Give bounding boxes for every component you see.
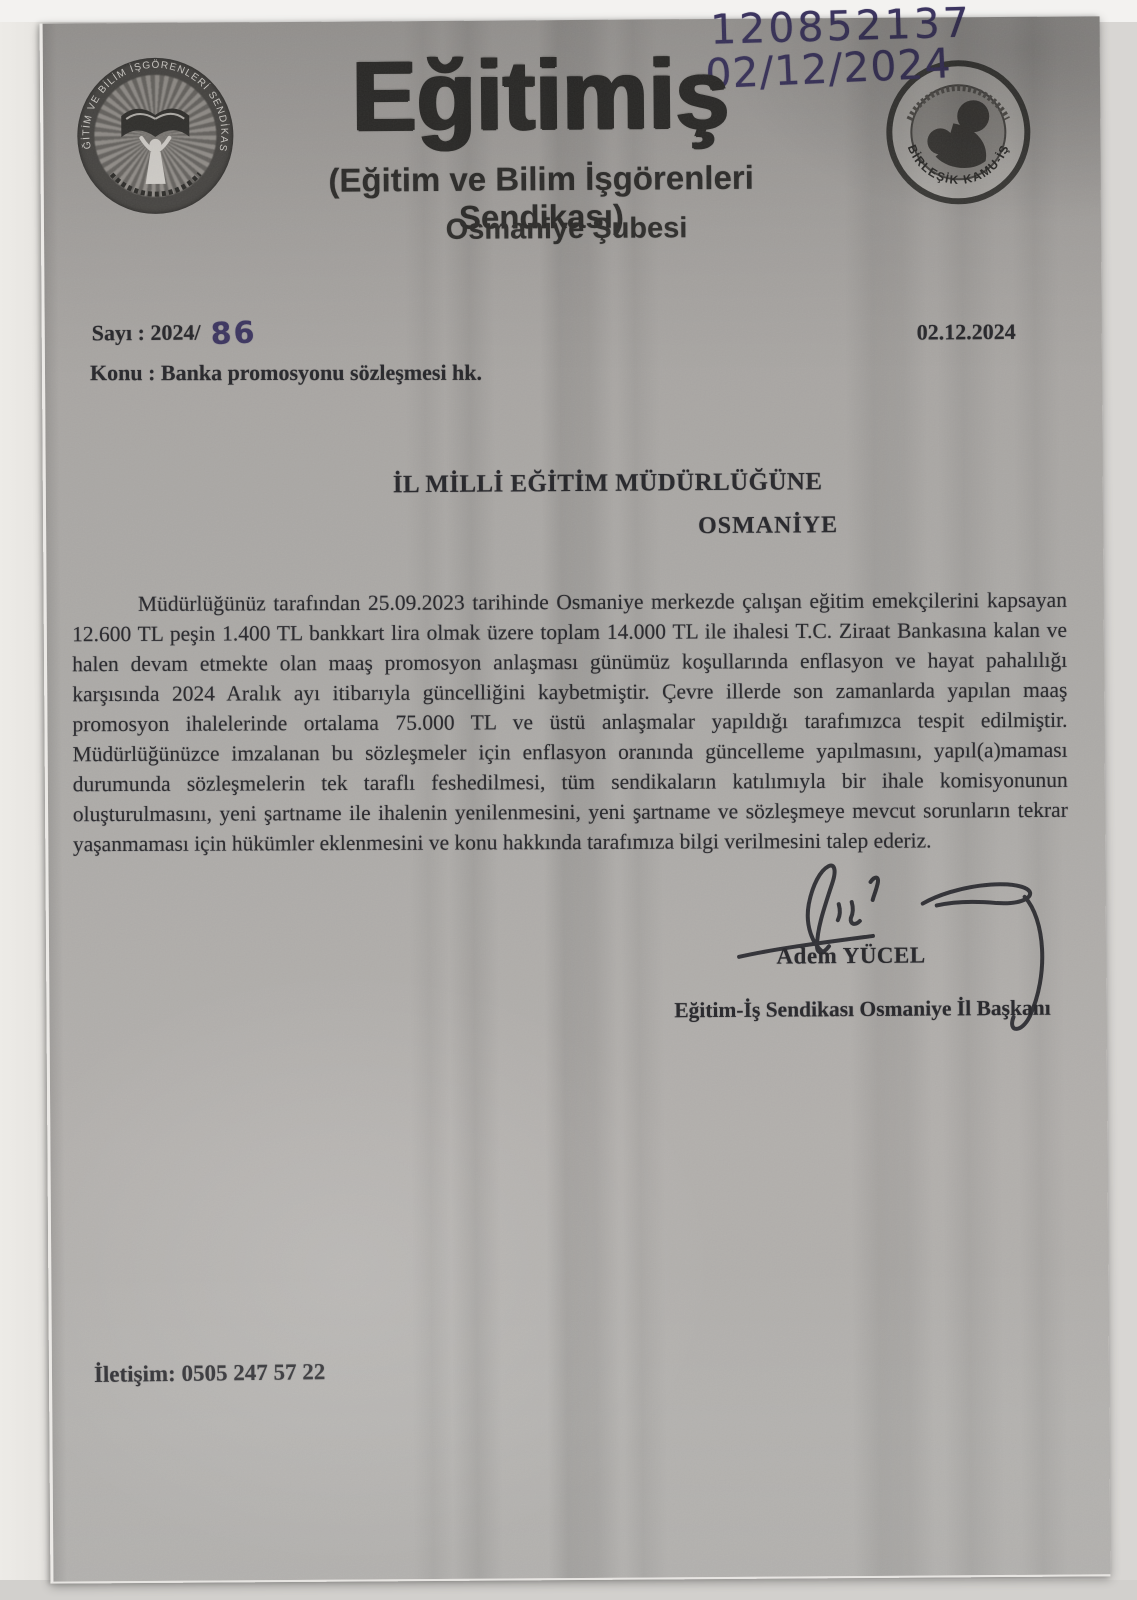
signature-swash — [923, 884, 1031, 906]
recipient-city: OSMANİYE — [698, 512, 838, 540]
egitim-is-union-emblem: EĞİTİM VE BİLİM İŞGÖRENLERİ SENDİKASI — [77, 57, 234, 214]
handwritten-reference-number: 86 — [200, 315, 257, 352]
subject-line: Konu : Banka promosyonu sözleşmesi hk. — [90, 360, 482, 386]
letter-date: 02.12.2024 — [917, 319, 1016, 346]
signature-u-marks — [838, 902, 860, 924]
signature-flag-mark — [871, 878, 879, 900]
branch-name: Osmaniye Şubesi — [344, 211, 789, 247]
signatory-title: Eğitim-İş Sendikası Osmaniye İl Başkanı — [661, 996, 1063, 1024]
recipient-name: İL MİLLİ EĞİTİM MÜDÜRLÜĞÜNE — [393, 468, 823, 499]
reference-number-line: Sayı : 2024/86 — [92, 316, 257, 352]
letter-page: EĞİTİM VE BİLİM İŞGÖRENLERİ SENDİKASI — [40, 16, 1111, 1583]
union-title: Eğitimiş — [268, 41, 814, 149]
signature-main-stroke — [807, 865, 835, 952]
contact-info: İletişim: 0505 247 57 22 — [94, 1359, 326, 1388]
scan-background: EĞİTİM VE BİLİM İŞGÖRENLERİ SENDİKASI — [0, 0, 1137, 1600]
reference-prefix: Sayı : 2024/ — [92, 320, 201, 346]
open-book-icon — [121, 108, 189, 137]
background-bottom-strip — [0, 1580, 1137, 1600]
emblem-art: EĞİTİM VE BİLİM İŞGÖRENLERİ SENDİKASI — [77, 57, 234, 214]
signatory-name: Adem YÜCEL — [721, 942, 981, 970]
figure-body — [145, 152, 165, 184]
letter-body: Müdürlüğünüz tarafından 25.09.2023 tarih… — [72, 585, 1068, 859]
